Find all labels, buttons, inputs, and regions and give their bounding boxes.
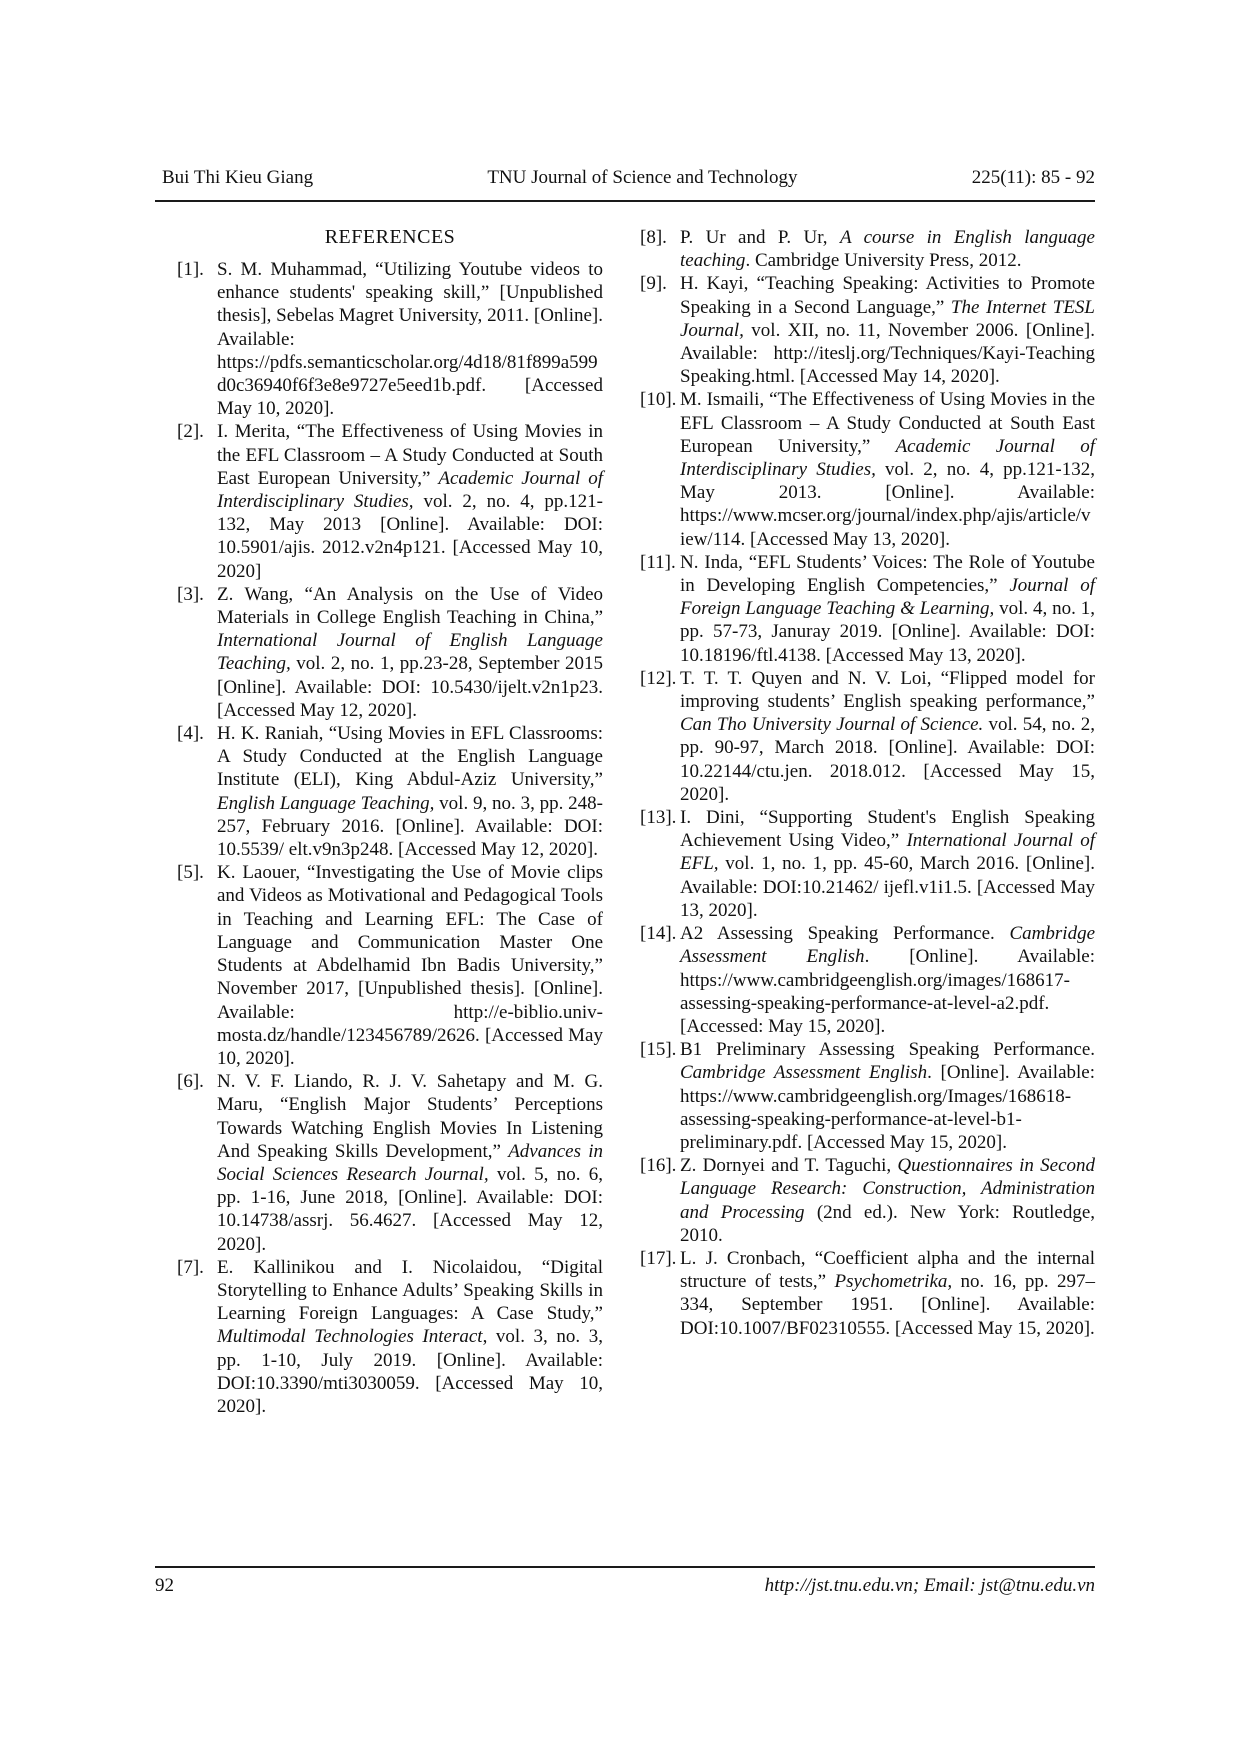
left-column: REFERENCES [1].S. M. Muhammad, “Utilizin… xyxy=(177,226,603,1418)
footer-rule xyxy=(155,1566,1095,1568)
reference-text: H. K. Raniah, “Using Movies in EFL Class… xyxy=(217,723,603,790)
reference-entry: [7].E. Kallinikou and I. Nicolaidou, “Di… xyxy=(177,1256,603,1418)
reference-text: T. T. T. Quyen and N. V. Loi, “Flipped m… xyxy=(680,668,1095,712)
reference-number: [10]. xyxy=(640,388,680,411)
reference-number: [6]. xyxy=(177,1070,217,1093)
reference-entry: [1].S. M. Muhammad, “Utilizing Youtube v… xyxy=(177,258,603,420)
reference-number: [3]. xyxy=(177,583,217,606)
reference-number: [1]. xyxy=(177,258,217,281)
reference-entry: [8].P. Ur and P. Ur, A course in English… xyxy=(640,226,1095,272)
reference-entry: [2].I. Merita, “The Effectiveness of Usi… xyxy=(177,420,603,582)
reference-entry: [3].Z. Wang, “An Analysis on the Use of … xyxy=(177,583,603,722)
reference-text: Z. Wang, “An Analysis on the Use of Vide… xyxy=(217,584,603,628)
references-list-right: [8].P. Ur and P. Ur, A course in English… xyxy=(640,226,1095,1340)
reference-number: [12]. xyxy=(640,667,680,690)
page-header: Bui Thi Kieu Giang TNU Journal of Scienc… xyxy=(162,166,1095,189)
reference-entry: [15].B1 Preliminary Assessing Speaking P… xyxy=(640,1038,1095,1154)
reference-number: [5]. xyxy=(177,861,217,884)
reference-entry: [11].N. Inda, “EFL Students’ Voices: The… xyxy=(640,551,1095,667)
reference-italic-text: Can Tho University Journal of Science. xyxy=(680,714,983,735)
reference-entry: [13].I. Dini, “Supporting Student's Engl… xyxy=(640,806,1095,922)
reference-italic-text: Multimodal Technologies Interact xyxy=(217,1326,483,1347)
reference-number: [17]. xyxy=(640,1247,680,1270)
reference-text: K. Laouer, “Investigating the Use of Mov… xyxy=(217,862,603,1069)
reference-italic-text: Cambridge Assessment English xyxy=(680,1062,927,1083)
header-rule xyxy=(155,200,1095,202)
page-number: 92 xyxy=(155,1574,174,1597)
reference-text: E. Kallinikou and I. Nicolaidou, “Digita… xyxy=(217,1257,603,1324)
reference-entry: [12].T. T. T. Quyen and N. V. Loi, “Flip… xyxy=(640,667,1095,806)
reference-number: [11]. xyxy=(640,551,680,574)
reference-number: [7]. xyxy=(177,1256,217,1279)
reference-entry: [5].K. Laouer, “Investigating the Use of… xyxy=(177,861,603,1070)
page-footer: 92 http://jst.tnu.edu.vn; Email: jst@tnu… xyxy=(155,1574,1095,1597)
footer-contact: http://jst.tnu.edu.vn; Email: jst@tnu.ed… xyxy=(765,1574,1095,1597)
reference-number: [16]. xyxy=(640,1154,680,1177)
reference-italic-text: English Language Teaching, xyxy=(217,793,434,814)
reference-italic-text: Psychometrika, xyxy=(834,1271,952,1292)
reference-text: vol. 1, no. 1, pp. 45-60, March 2016. [O… xyxy=(680,853,1095,920)
right-column: [8].P. Ur and P. Ur, A course in English… xyxy=(640,226,1095,1418)
reference-entry: [14].A2 Assessing Speaking Performance. … xyxy=(640,922,1095,1038)
reference-text: Z. Dornyei and T. Taguchi, xyxy=(680,1155,897,1176)
reference-text: . Cambridge University Press, 2012. xyxy=(745,250,1021,271)
reference-number: [9]. xyxy=(640,272,680,295)
reference-text: S. M. Muhammad, “Utilizing Youtube video… xyxy=(217,259,603,419)
references-section: REFERENCES [1].S. M. Muhammad, “Utilizin… xyxy=(177,226,1095,1418)
document-page: Bui Thi Kieu Giang TNU Journal of Scienc… xyxy=(0,0,1240,1754)
reference-entry: [6].N. V. F. Liando, R. J. V. Sahetapy a… xyxy=(177,1070,603,1256)
references-list-left: [1].S. M. Muhammad, “Utilizing Youtube v… xyxy=(177,258,603,1418)
reference-number: [8]. xyxy=(640,226,680,249)
reference-number: [14]. xyxy=(640,922,680,945)
header-journal-title: TNU Journal of Science and Technology xyxy=(313,166,972,189)
reference-number: [13]. xyxy=(640,806,680,829)
reference-number: [15]. xyxy=(640,1038,680,1061)
reference-number: [2]. xyxy=(177,420,217,443)
reference-text: B1 Preliminary Assessing Speaking Perfor… xyxy=(680,1039,1095,1060)
reference-entry: [16].Z. Dornyei and T. Taguchi, Question… xyxy=(640,1154,1095,1247)
reference-entry: [10].M. Ismaili, “The Effectiveness of U… xyxy=(640,388,1095,550)
reference-entry: [4].H. K. Raniah, “Using Movies in EFL C… xyxy=(177,722,603,861)
references-heading: REFERENCES xyxy=(177,226,603,249)
reference-number: [4]. xyxy=(177,722,217,745)
header-author: Bui Thi Kieu Giang xyxy=(162,166,313,189)
reference-entry: [17].L. J. Cronbach, “Coefficient alpha … xyxy=(640,1247,1095,1340)
header-issue-pages: 225(11): 85 - 92 xyxy=(972,166,1095,189)
reference-text: A2 Assessing Speaking Performance. xyxy=(680,923,1010,944)
reference-entry: [9].H. Kayi, “Teaching Speaking: Activit… xyxy=(640,272,1095,388)
reference-text: P. Ur and P. Ur, xyxy=(680,227,840,248)
